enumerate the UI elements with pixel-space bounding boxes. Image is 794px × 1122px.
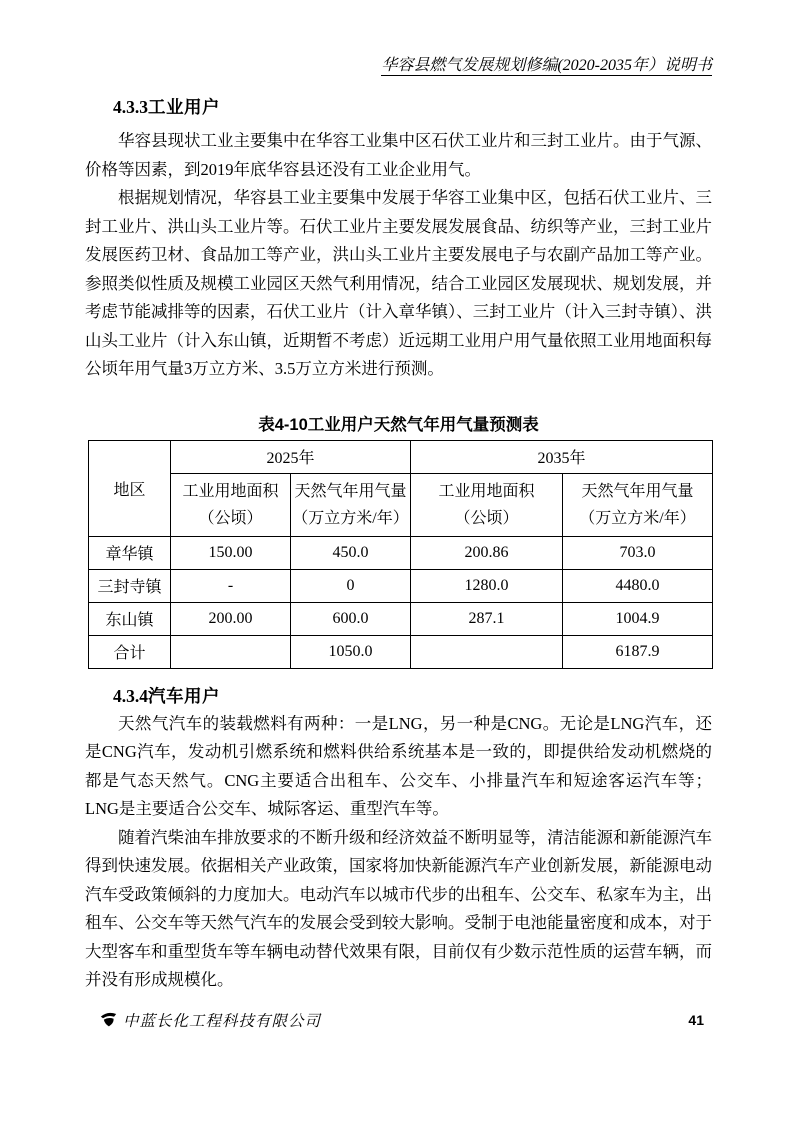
cell-gas-2025: 450.0: [291, 536, 411, 569]
page-number: 41: [688, 1012, 704, 1028]
area-unit: （公顷）: [171, 505, 290, 532]
header-cell-region: 地区: [89, 440, 171, 536]
paragraph-vehicle-2: 随着汽柴油车排放要求的不断升级和经济效益不断明显等，清洁能源和新能源汽车得到快速…: [85, 824, 712, 995]
cell-area-2035: 200.86: [411, 536, 563, 569]
header-cell-area-2035: 工业用地面积 （公顷）: [411, 473, 563, 536]
header-cell-gas-2025: 天然气年用气量 （万立方米/年）: [291, 473, 411, 536]
table-row-dongshan: 东山镇 200.00 600.0 287.1 1004.9: [89, 602, 713, 635]
cell-area-2025: 200.00: [171, 602, 291, 635]
gas-label: 天然气年用气量: [291, 478, 410, 505]
table-row-total: 合计 1050.0 6187.9: [89, 635, 713, 668]
table-header-row-measures: 工业用地面积 （公顷） 天然气年用气量 （万立方米/年） 工业用地面积 （公顷）…: [89, 473, 713, 536]
section-number: 4.3.3: [113, 97, 148, 117]
section-title: 工业用户: [148, 97, 220, 117]
cell-gas-2035: 6187.9: [563, 635, 713, 668]
cell-region: 东山镇: [89, 602, 171, 635]
cell-gas-2035: 703.0: [563, 536, 713, 569]
cell-area-2035: 1280.0: [411, 569, 563, 602]
paragraph-vehicle-1: 天然气汽车的装载燃料有两种：一是LNG，另一种是CNG。无论是LNG汽车，还是C…: [85, 710, 712, 824]
cell-area-2035: [411, 635, 563, 668]
table-header-row-years: 地区 2025年 2035年: [89, 440, 713, 473]
cell-region: 三封寺镇: [89, 569, 171, 602]
area-unit: （公顷）: [411, 505, 562, 532]
section-title: 汽车用户: [148, 686, 220, 706]
running-header: 华容县燃气发展规划修编(2020-2035年）说明书: [85, 55, 712, 85]
cell-gas-2025: 0: [291, 569, 411, 602]
running-header-title: 华容县燃气发展规划修编(2020-2035年）说明书: [381, 57, 712, 76]
section-number: 4.3.4: [113, 686, 148, 706]
gas-unit: （万立方米/年）: [563, 505, 712, 532]
table-row-zhanghua: 章华镇 150.00 450.0 200.86 703.0: [89, 536, 713, 569]
paragraph-industry-1: 华容县现状工业主要集中在华容工业集中区石伏工业片和三封工业片。由于气源、价格等因…: [85, 127, 712, 184]
header-cell-year-2035: 2035年: [411, 440, 713, 473]
section-heading-industry-users: 4.3.3工业用户: [113, 95, 712, 119]
gas-unit: （万立方米/年）: [291, 505, 410, 532]
header-cell-area-2025: 工业用地面积 （公顷）: [171, 473, 291, 536]
cell-area-2035: 287.1: [411, 602, 563, 635]
paragraph-industry-2: 根据规划情况，华容县工业主要集中发展于华容工业集中区，包括石伏工业片、三封工业片…: [85, 184, 712, 384]
cell-region: 合计: [89, 635, 171, 668]
header-cell-year-2025: 2025年: [171, 440, 411, 473]
table-caption: 表4-10工业用户天然气年用气量预测表: [85, 414, 712, 436]
footer-company-name: 中蓝长化工程科技有限公司: [123, 1009, 321, 1031]
footer-company-block: 中蓝长化工程科技有限公司: [100, 1009, 321, 1031]
page-footer: 中蓝长化工程科技有限公司 41: [85, 1009, 712, 1031]
zhonglan-company-logo-icon: [100, 1012, 117, 1028]
gas-demand-forecast-table: 地区 2025年 2035年 工业用地面积 （公顷） 天然气年用气量 （万立方米…: [88, 440, 713, 669]
cell-gas-2035: 4480.0: [563, 569, 713, 602]
cell-region: 章华镇: [89, 536, 171, 569]
document-page: 华容县燃气发展规划修编(2020-2035年）说明书 4.3.3工业用户 华容县…: [0, 0, 794, 1122]
cell-gas-2025: 1050.0: [291, 635, 411, 668]
gas-label: 天然气年用气量: [563, 478, 712, 505]
cell-area-2025: [171, 635, 291, 668]
area-label: 工业用地面积: [411, 478, 562, 505]
cell-area-2025: -: [171, 569, 291, 602]
cell-gas-2025: 600.0: [291, 602, 411, 635]
table-row-sanfengsi: 三封寺镇 - 0 1280.0 4480.0: [89, 569, 713, 602]
section-heading-vehicle-users: 4.3.4汽车用户: [113, 684, 712, 708]
area-label: 工业用地面积: [171, 478, 290, 505]
cell-gas-2035: 1004.9: [563, 602, 713, 635]
cell-area-2025: 150.00: [171, 536, 291, 569]
header-cell-gas-2035: 天然气年用气量 （万立方米/年）: [563, 473, 713, 536]
